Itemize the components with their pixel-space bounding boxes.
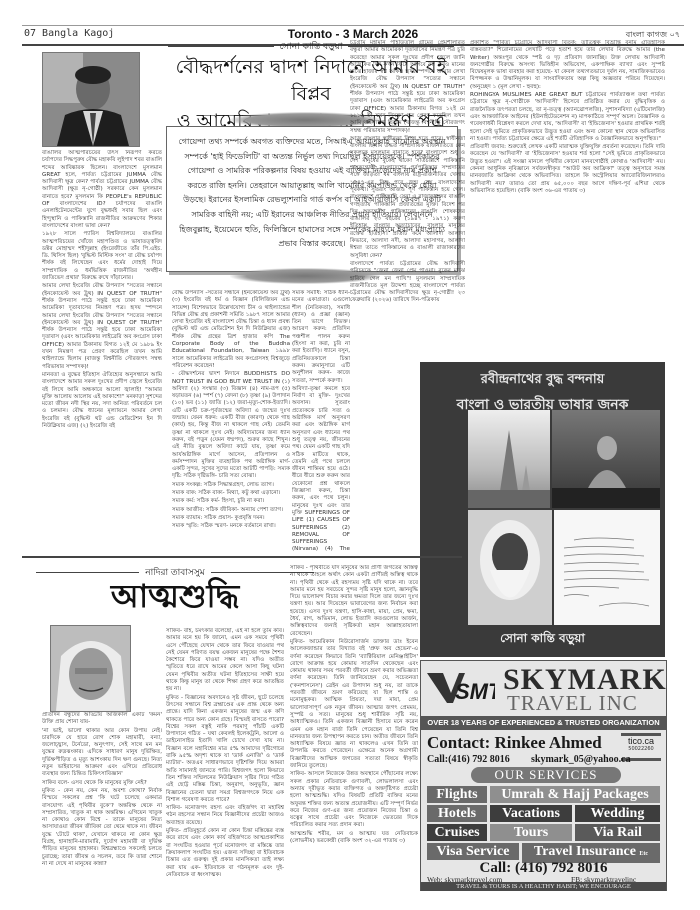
article1-column-3: সম্যক সমাধি: সঠিক ধ্যান- মনের একাগ্রতা। …	[292, 290, 350, 552]
author-photo	[42, 52, 140, 147]
tagore-portrait	[468, 510, 552, 625]
article2-column-2: সাকিব- বাহ, চমৎকার বলেছো, এই না হলে তুমি…	[166, 628, 284, 904]
service-wedding[interactable]: Wedding	[575, 805, 660, 822]
contact-email[interactable]: skymark_05@yahoo.ca	[531, 754, 631, 765]
service-umrah-hajj[interactable]: Umrah & Hajj Packages	[490, 786, 660, 803]
service-flights[interactable]: Flights	[427, 786, 487, 803]
article1-column-1: বাঙালির আত্মপরিচয়ের উৎস নিরূপণ করতে চর্…	[42, 150, 162, 552]
contact-phone[interactable]: Call:(416) 792 8016	[427, 754, 510, 765]
tagore-caption: সোনা কান্তি বড়ুয়া	[420, 630, 665, 650]
author2-photo	[50, 625, 131, 712]
buddha-photo	[552, 410, 660, 508]
article2-column-1: প্রতিদিন বন্ধুদের আড্ডায় আজকাল একটি 'কম…	[42, 712, 162, 904]
contact-name: Contact: Rinkee Ahmed	[427, 733, 602, 753]
service-vacations[interactable]: Vacations	[490, 805, 572, 822]
ad-footer: TRAVEL & TOURS IS A HEALTHY HABIT; WE EN…	[421, 882, 666, 891]
service-hotels[interactable]: Hotels	[427, 805, 487, 822]
service-tours[interactable]: Tours	[490, 824, 572, 841]
services-title: OUR SERVICES	[471, 767, 621, 783]
tagore-feature-image: রবীন্দ্রনাথের বুদ্ধ বন্দনায় বাংলা ও ভার…	[420, 362, 665, 657]
service-via-rail[interactable]: Via Rail	[575, 824, 660, 841]
article2-headline: আত্মশুদ্ধি	[30, 576, 320, 616]
brand-sub: TRAVEL INC	[507, 691, 638, 716]
service-visa[interactable]: Visa Service	[427, 843, 519, 860]
ad-tagline: OVER 18 YEARS OF EXPERIENCED & TRUSTED O…	[421, 716, 666, 730]
temple-photo	[468, 410, 550, 508]
tagore-letter	[554, 510, 660, 625]
article1-column-2: বৌদ্ধ উপন্যাস -সত্যের সন্ধানে (ইনকোয়েস্…	[172, 290, 290, 552]
article1-column-5: প্রকাশিত "পার্বত্য চট্টগ্রামে আদিবাসী বি…	[470, 40, 665, 356]
article1-column-4: চট্টগ্রাম মহামুনি পাহাড়তলি গ্রামের প্রে…	[350, 40, 465, 403]
svg-text:SMT: SMT	[455, 679, 495, 704]
skymark-travel-ad[interactable]: SMT SKYMARK TRAVEL INC OVER 18 YEARS OF …	[420, 660, 667, 891]
service-cruises[interactable]: Cruises	[427, 824, 487, 841]
article2-column-3: সাকিব - পৃথিবীতে যদি মানুষের আর প্রাণী জ…	[290, 565, 418, 895]
smt-logo-icon: SMT	[425, 669, 495, 705]
section-divider	[22, 556, 462, 558]
